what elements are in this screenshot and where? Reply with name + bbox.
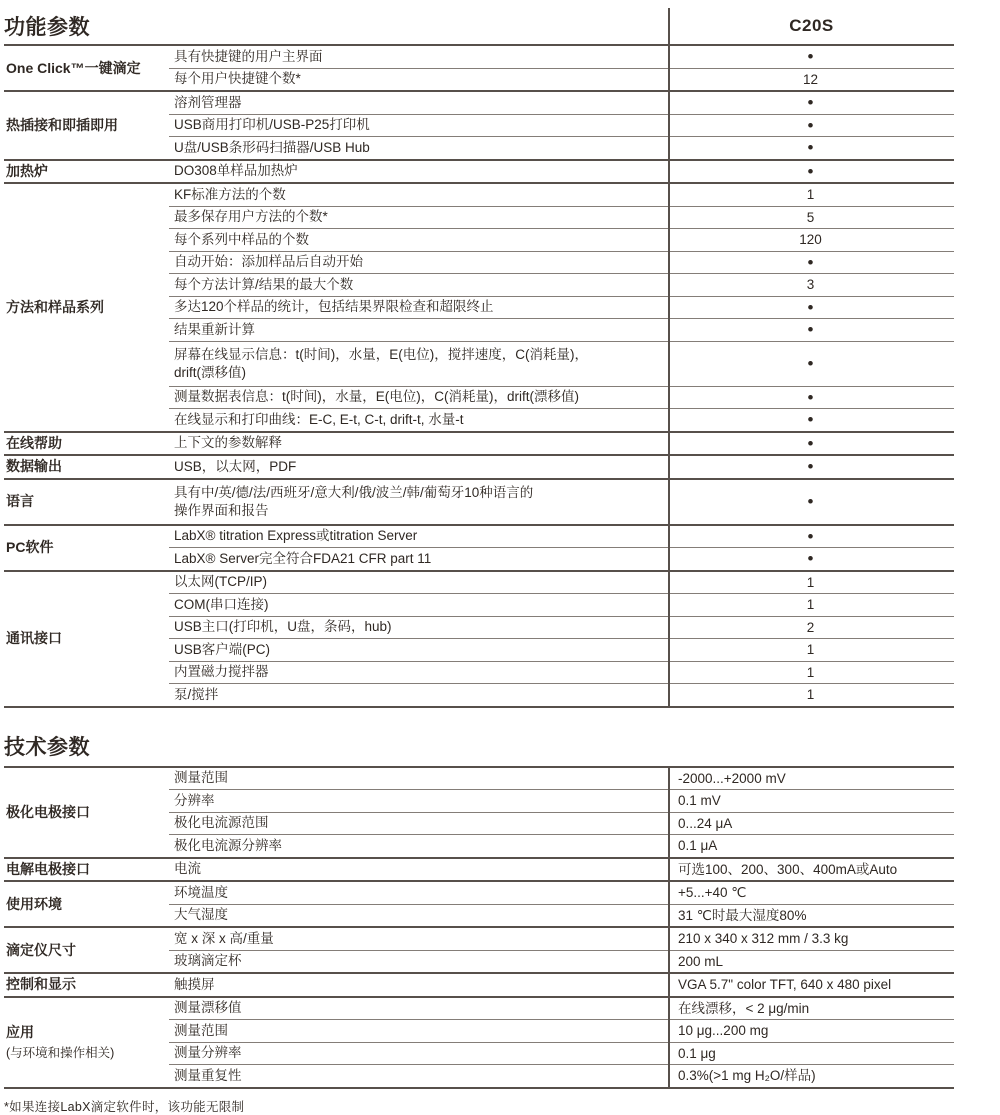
- spec-value-cell: 0.1 μA: [669, 835, 952, 857]
- category-label: 极化电极接口: [6, 804, 161, 821]
- group-rows: 电流可选100、200、300、400mA或Auto: [169, 859, 954, 881]
- group-rows: 测量漂移值在线漂移，< 2 μg/min测量范围10 μg...200 mg测量…: [169, 998, 954, 1087]
- spec-name-cell: 测量漂移值: [169, 998, 669, 1020]
- spec-value-cell: +5...+40 ℃: [669, 882, 952, 904]
- table-row: 极化电流源范围0...24 μA: [169, 812, 954, 835]
- category-cell: 加热炉: [4, 161, 169, 183]
- table-row: 测量范围10 μg...200 mg: [169, 1019, 954, 1042]
- bullet-value-cell: •: [669, 46, 952, 68]
- category-label: 方法和样品系列: [6, 299, 161, 316]
- group-rows: 上下文的参数解释•: [169, 433, 954, 455]
- spec-value-cell: VGA 5.7" color TFT, 640 x 480 pixel: [669, 974, 952, 996]
- group-rows: 宽 x 深 x 高/重量210 x 340 x 312 mm / 3.3 kg玻…: [169, 928, 954, 972]
- table-row: 以太网(TCP/IP)1: [169, 572, 954, 594]
- category-label: 控制和显示: [6, 976, 161, 993]
- spec-name-cell: 玻璃滴定杯: [169, 951, 669, 973]
- spec-value-cell: 0...24 μA: [669, 813, 952, 835]
- spec-name-cell: 测量范围: [169, 1020, 669, 1042]
- spec-tables: 功能参数C20SOne Click™一键滴定具有快捷键的用户主界面•每个用户快捷…: [4, 8, 1000, 1089]
- group-rows: 溶剂管理器•USB商用打印机/USB-P25打印机•U盘/USB条形码扫描器/U…: [169, 92, 954, 159]
- bullet-value-cell: •: [669, 92, 952, 114]
- spec-name-cell: 宽 x 深 x 高/重量: [169, 928, 669, 950]
- spec-name-cell: 具有中/英/德/法/西班牙/意大利/俄/波兰/韩/葡萄牙10种语言的 操作界面和…: [169, 480, 669, 524]
- table-row: 多达120个样品的统计，包括结果界限检查和超限终止•: [169, 296, 954, 319]
- category-cell: 极化电极接口: [4, 768, 169, 857]
- spec-group: 数据输出USB，以太网，PDF•: [4, 456, 954, 480]
- bullet-value-cell: •: [669, 342, 952, 386]
- spec-name-cell: 大气湿度: [169, 905, 669, 927]
- spec-name-cell: 上下文的参数解释: [169, 433, 669, 455]
- category-label: 应用: [6, 1024, 161, 1041]
- spec-name-cell: 每个用户快捷键个数*: [169, 69, 669, 91]
- bullet-value-cell: •: [669, 252, 952, 274]
- table-row: LabX® titration Express或titration Server…: [169, 526, 954, 548]
- table-row: 每个方法计算/结果的最大个数3: [169, 273, 954, 296]
- spec-value-cell: 2: [669, 617, 952, 639]
- category-cell: 热插接和即插即用: [4, 92, 169, 159]
- bullet-value-cell: •: [669, 161, 952, 183]
- category-cell: 控制和显示: [4, 974, 169, 996]
- table-row: COM(串口连接)1: [169, 593, 954, 616]
- spec-value-cell: 200 mL: [669, 951, 952, 973]
- table-row: 屏幕在线显示信息：t(时间)，水量，E(电位)，搅拌速度，C(消耗量)， dri…: [169, 341, 954, 386]
- spec-group: 在线帮助上下文的参数解释•: [4, 433, 954, 457]
- category-label: 在线帮助: [6, 435, 161, 452]
- category-label: 通讯接口: [6, 630, 161, 647]
- spec-value-cell: 31 ℃时最大湿度80%: [669, 905, 952, 927]
- table-row: USB商用打印机/USB-P25打印机•: [169, 114, 954, 137]
- group-rows: LabX® titration Express或titration Server…: [169, 526, 954, 570]
- category-cell: 使用环境: [4, 882, 169, 926]
- spec-name-cell: COM(串口连接): [169, 594, 669, 616]
- spec-value-cell: 1: [669, 662, 952, 684]
- spec-name-cell: DO308单样品加热炉: [169, 161, 669, 183]
- spec-name-cell: 在线显示和打印曲线：E-C, E-t, C-t, drift-t, 水量-t: [169, 409, 669, 431]
- spec-name-cell: 自动开始：添加样品后自动开始: [169, 252, 669, 274]
- spec-name-cell: 环境温度: [169, 882, 669, 904]
- spec-value-cell: 120: [669, 229, 952, 251]
- spec-group: 极化电极接口测量范围-2000...+2000 mV分辨率0.1 mV极化电流源…: [4, 768, 954, 859]
- spec-name-cell: 测量范围: [169, 768, 669, 790]
- spec-name-cell: KF标准方法的个数: [169, 184, 669, 206]
- table-row: 每个用户快捷键个数*12: [169, 68, 954, 91]
- spec-value-cell: 210 x 340 x 312 mm / 3.3 kg: [669, 928, 952, 950]
- group-rows: KF标准方法的个数1最多保存用户方法的个数*5每个系列中样品的个数120自动开始…: [169, 184, 954, 431]
- category-cell: 滴定仪尺寸: [4, 928, 169, 972]
- table-row: 测量重复性0.3%(>1 mg H₂O/样品): [169, 1064, 954, 1087]
- table-row: 内置磁力搅拌器1: [169, 661, 954, 684]
- table-row: 上下文的参数解释•: [169, 433, 954, 455]
- spec-name-cell: U盘/USB条形码扫描器/USB Hub: [169, 137, 669, 159]
- section-title: 技术参数: [4, 731, 90, 761]
- spec-name-cell: 溶剂管理器: [169, 92, 669, 114]
- table-row: 极化电流源分辨率0.1 μA: [169, 834, 954, 857]
- table-row: 测量漂移值在线漂移，< 2 μg/min: [169, 998, 954, 1020]
- spec-name-cell: USB商用打印机/USB-P25打印机: [169, 115, 669, 137]
- category-label: 滴定仪尺寸: [6, 942, 161, 959]
- column-divider: [668, 768, 670, 1089]
- spec-name-cell: 电流: [169, 859, 669, 881]
- spec-name-cell: 屏幕在线显示信息：t(时间)，水量，E(电位)，搅拌速度，C(消耗量)， dri…: [169, 342, 669, 386]
- group-rows: 触摸屏VGA 5.7" color TFT, 640 x 480 pixel: [169, 974, 954, 996]
- category-label: 电解电极接口: [6, 861, 161, 878]
- table-row: 分辨率0.1 mV: [169, 789, 954, 812]
- spec-value-cell: 在线漂移，< 2 μg/min: [669, 998, 952, 1020]
- spec-group: 方法和样品系列KF标准方法的个数1最多保存用户方法的个数*5每个系列中样品的个数…: [4, 184, 954, 433]
- group-rows: DO308单样品加热炉•: [169, 161, 954, 183]
- spec-value-cell: 0.1 mV: [669, 790, 952, 812]
- spec-name-cell: 最多保存用户方法的个数*: [169, 207, 669, 229]
- spec-value-cell: 1: [669, 572, 952, 594]
- spec-group: 语言具有中/英/德/法/西班牙/意大利/俄/波兰/韩/葡萄牙10种语言的 操作界…: [4, 480, 954, 526]
- category-label: PC软件: [6, 539, 161, 556]
- category-sublabel: (与环境和操作相关): [6, 1046, 161, 1061]
- table-row: LabX® Server完全符合FDA21 CFR part 11•: [169, 547, 954, 570]
- table-row: 触摸屏VGA 5.7" color TFT, 640 x 480 pixel: [169, 974, 954, 996]
- spec-group: 热插接和即插即用溶剂管理器•USB商用打印机/USB-P25打印机•U盘/USB…: [4, 92, 954, 161]
- table-row: KF标准方法的个数1: [169, 184, 954, 206]
- spec-name-cell: 结果重新计算: [169, 319, 669, 341]
- group-rows: 以太网(TCP/IP)1COM(串口连接)1USB主口(打印机，U盘，条码，hu…: [169, 572, 954, 706]
- category-cell: 方法和样品系列: [4, 184, 169, 431]
- table-row: 大气湿度31 ℃时最大湿度80%: [169, 904, 954, 927]
- spec-value-cell: 5: [669, 207, 952, 229]
- category-cell: 电解电极接口: [4, 859, 169, 881]
- spec-value-cell: 可选100、200、300、400mA或Auto: [669, 859, 952, 881]
- bullet-value-cell: •: [669, 387, 952, 409]
- table-row: 测量分辨率0.1 μg: [169, 1042, 954, 1065]
- table-row: 具有中/英/德/法/西班牙/意大利/俄/波兰/韩/葡萄牙10种语言的 操作界面和…: [169, 480, 954, 524]
- spec-name-cell: 触摸屏: [169, 974, 669, 996]
- spec-name-cell: 具有快捷键的用户主界面: [169, 46, 669, 68]
- table-row: 电流可选100、200、300、400mA或Auto: [169, 859, 954, 881]
- table-row: 泵/搅拌1: [169, 683, 954, 706]
- bullet-value-cell: •: [669, 115, 952, 137]
- spec-name-cell: 分辨率: [169, 790, 669, 812]
- footnote: *如果连接LabX滴定软件时，该功能无限制: [4, 1097, 1000, 1115]
- group-rows: 具有中/英/德/法/西班牙/意大利/俄/波兰/韩/葡萄牙10种语言的 操作界面和…: [169, 480, 954, 524]
- spec-group: 加热炉DO308单样品加热炉•: [4, 161, 954, 185]
- column-divider: [668, 8, 670, 708]
- spec-group: 通讯接口以太网(TCP/IP)1COM(串口连接)1USB主口(打印机，U盘，条…: [4, 572, 954, 708]
- spec-group: One Click™一键滴定具有快捷键的用户主界面•每个用户快捷键个数*12: [4, 46, 954, 92]
- spec-name-cell: 每个系列中样品的个数: [169, 229, 669, 251]
- table-row: 宽 x 深 x 高/重量210 x 340 x 312 mm / 3.3 kg: [169, 928, 954, 950]
- group-rows: 测量范围-2000...+2000 mV分辨率0.1 mV极化电流源范围0...…: [169, 768, 954, 857]
- group-rows: USB，以太网，PDF•: [169, 456, 954, 478]
- table-row: 环境温度+5...+40 ℃: [169, 882, 954, 904]
- category-label: 加热炉: [6, 163, 161, 180]
- spec-value-cell: 12: [669, 69, 952, 91]
- spec-name-cell: 内置磁力搅拌器: [169, 662, 669, 684]
- category-label: 热插接和即插即用: [6, 117, 161, 134]
- table-row: 溶剂管理器•: [169, 92, 954, 114]
- table-row: U盘/USB条形码扫描器/USB Hub•: [169, 136, 954, 159]
- category-label: 使用环境: [6, 896, 161, 913]
- table-row: 结果重新计算•: [169, 318, 954, 341]
- bullet-value-cell: •: [669, 319, 952, 341]
- spec-name-cell: 测量重复性: [169, 1065, 669, 1087]
- bullet-value-cell: •: [669, 137, 952, 159]
- section-title: 功能参数: [4, 11, 669, 41]
- table-row: 测量范围-2000...+2000 mV: [169, 768, 954, 790]
- bullet-value-cell: •: [669, 297, 952, 319]
- category-cell: 数据输出: [4, 456, 169, 478]
- table-row: 每个系列中样品的个数120: [169, 228, 954, 251]
- spec-value-cell: 0.3%(>1 mg H₂O/样品): [669, 1065, 952, 1087]
- table-row: 自动开始：添加样品后自动开始•: [169, 251, 954, 274]
- spec-table: 极化电极接口测量范围-2000...+2000 mV分辨率0.1 mV极化电流源…: [4, 766, 954, 1089]
- table-row: 具有快捷键的用户主界面•: [169, 46, 954, 68]
- spec-value-cell: 1: [669, 684, 952, 706]
- spec-name-cell: 极化电流源范围: [169, 813, 669, 835]
- spec-value-cell: 3: [669, 274, 952, 296]
- category-cell: 在线帮助: [4, 433, 169, 455]
- category-label: 数据输出: [6, 458, 161, 475]
- spec-name-cell: 多达120个样品的统计，包括结果界限检查和超限终止: [169, 297, 669, 319]
- spec-name-cell: 测量数据表信息：t(时间)，水量，E(电位)，C(消耗量)，drift(漂移值): [169, 387, 669, 409]
- spec-name-cell: 以太网(TCP/IP): [169, 572, 669, 594]
- spec-value-cell: -2000...+2000 mV: [669, 768, 952, 790]
- category-label: 语言: [6, 493, 161, 510]
- spec-group: 滴定仪尺寸宽 x 深 x 高/重量210 x 340 x 312 mm / 3.…: [4, 928, 954, 974]
- bullet-value-cell: •: [669, 480, 952, 524]
- bullet-value-cell: •: [669, 433, 952, 455]
- table-row: 测量数据表信息：t(时间)，水量，E(电位)，C(消耗量)，drift(漂移值)…: [169, 386, 954, 409]
- spec-group: 使用环境环境温度+5...+40 ℃大气湿度31 ℃时最大湿度80%: [4, 882, 954, 928]
- spec-name-cell: USB，以太网，PDF: [169, 456, 669, 478]
- table-row: 最多保存用户方法的个数*5: [169, 206, 954, 229]
- spec-value-cell: 0.1 μg: [669, 1043, 952, 1065]
- spec-value-cell: 1: [669, 184, 952, 206]
- table-row: USB客户端(PC)1: [169, 638, 954, 661]
- spec-value-cell: 1: [669, 594, 952, 616]
- spec-table: 功能参数C20SOne Click™一键滴定具有快捷键的用户主界面•每个用户快捷…: [4, 8, 954, 708]
- table-row: USB，以太网，PDF•: [169, 456, 954, 478]
- spec-group: PC软件LabX® titration Express或titration Se…: [4, 526, 954, 572]
- spec-value-cell: 1: [669, 639, 952, 661]
- table-row: 玻璃滴定杯200 mL: [169, 950, 954, 973]
- spec-value-cell: 10 μg...200 mg: [669, 1020, 952, 1042]
- category-cell: 语言: [4, 480, 169, 524]
- table-header-row: 功能参数C20S: [4, 8, 954, 46]
- spec-name-cell: USB主口(打印机，U盘，条码，hub): [169, 617, 669, 639]
- spec-name-cell: 测量分辨率: [169, 1043, 669, 1065]
- spec-section-1: 技术参数极化电极接口测量范围-2000...+2000 mV分辨率0.1 mV极…: [4, 730, 954, 1089]
- table-row: 在线显示和打印曲线：E-C, E-t, C-t, drift-t, 水量-t•: [169, 408, 954, 431]
- bullet-value-cell: •: [669, 456, 952, 478]
- spec-name-cell: 极化电流源分辨率: [169, 835, 669, 857]
- bullet-value-cell: •: [669, 548, 952, 570]
- category-label: One Click™一键滴定: [6, 60, 161, 77]
- table-row: DO308单样品加热炉•: [169, 161, 954, 183]
- spec-group: 控制和显示触摸屏VGA 5.7" color TFT, 640 x 480 pi…: [4, 974, 954, 998]
- group-rows: 环境温度+5...+40 ℃大气湿度31 ℃时最大湿度80%: [169, 882, 954, 926]
- spec-group: 应用(与环境和操作相关)测量漂移值在线漂移，< 2 μg/min测量范围10 μ…: [4, 998, 954, 1089]
- bullet-value-cell: •: [669, 409, 952, 431]
- category-cell: 应用(与环境和操作相关): [4, 998, 169, 1087]
- spec-name-cell: LabX® Server完全符合FDA21 CFR part 11: [169, 548, 669, 570]
- spec-name-cell: 每个方法计算/结果的最大个数: [169, 274, 669, 296]
- category-cell: PC软件: [4, 526, 169, 570]
- table-row: USB主口(打印机，U盘，条码，hub)2: [169, 616, 954, 639]
- spec-name-cell: LabX® titration Express或titration Server: [169, 526, 669, 548]
- spec-section-0: 功能参数C20SOne Click™一键滴定具有快捷键的用户主界面•每个用户快捷…: [4, 8, 954, 708]
- section-title-row: 技术参数: [4, 730, 954, 766]
- spec-name-cell: USB客户端(PC): [169, 639, 669, 661]
- spec-name-cell: 泵/搅拌: [169, 684, 669, 706]
- category-cell: 通讯接口: [4, 572, 169, 706]
- group-rows: 具有快捷键的用户主界面•每个用户快捷键个数*12: [169, 46, 954, 90]
- category-cell: One Click™一键滴定: [4, 46, 169, 90]
- bullet-value-cell: •: [669, 526, 952, 548]
- column-header: C20S: [669, 16, 954, 36]
- spec-group: 电解电极接口电流可选100、200、300、400mA或Auto: [4, 859, 954, 883]
